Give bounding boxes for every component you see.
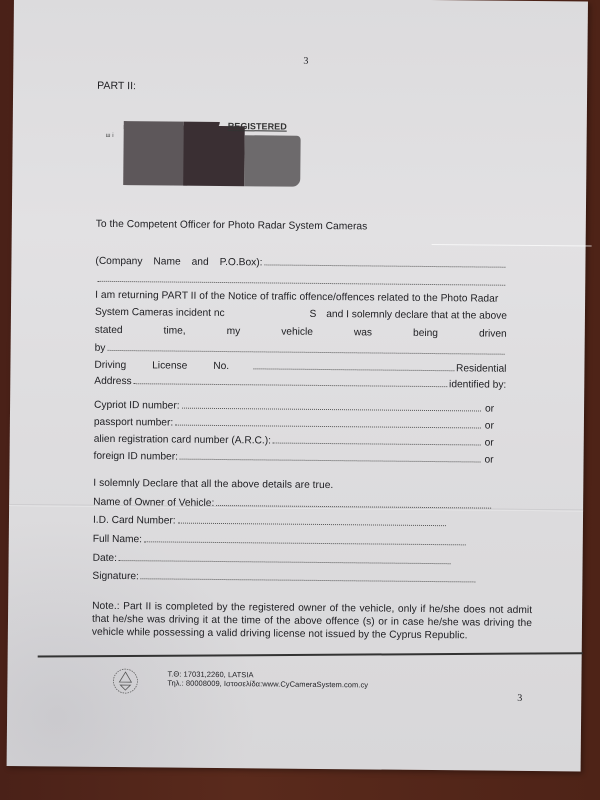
owner-name-blank[interactable] bbox=[216, 497, 491, 509]
document-page: 3 PART II: ш і REGISTERED To the Compete… bbox=[7, 0, 588, 771]
id-card-blank[interactable] bbox=[178, 515, 446, 527]
owner-name-field[interactable]: Name of Owner of Vehicle: bbox=[93, 496, 493, 512]
passport-blank[interactable] bbox=[175, 417, 481, 429]
addressee-line: To the Competent Officer for Photo Radar… bbox=[96, 219, 368, 233]
redacted-block bbox=[123, 125, 188, 186]
declaration-line-1: I am returning PART II of the Notice of … bbox=[95, 290, 498, 305]
registered-label: REGISTERED bbox=[228, 121, 287, 132]
address-blank[interactable] bbox=[134, 375, 447, 387]
page-number-bottom: 3 bbox=[517, 693, 522, 704]
company-field-line2[interactable] bbox=[95, 273, 507, 286]
arc-field[interactable]: alien registration card number (A.R.C.):… bbox=[94, 433, 494, 449]
redacted-incident-number bbox=[225, 316, 310, 317]
company-label: (Company Name and P.O.Box): bbox=[95, 256, 262, 269]
foreign-id-field[interactable]: foreign ID number: or bbox=[94, 450, 494, 466]
note-paragraph: Note.: Part II is completed by the regis… bbox=[92, 600, 532, 643]
driven-by-blank[interactable] bbox=[107, 342, 504, 355]
passport-field[interactable]: passport number: or bbox=[94, 416, 494, 432]
part-title: PART II: bbox=[97, 80, 136, 92]
driven-by-field[interactable]: by bbox=[95, 342, 507, 358]
address-field[interactable]: Address identified by: bbox=[94, 375, 506, 391]
owner-statement: I solemnly Declare that all the above de… bbox=[93, 478, 333, 491]
cypriot-id-field[interactable]: Cypriot ID number: or bbox=[94, 399, 494, 415]
driving-license-field[interactable]: Driving License No. Residential bbox=[94, 359, 506, 375]
footer-contact: Τηλ.: 80008009, Ιστοσελίδα:www.CyCameraS… bbox=[167, 679, 368, 690]
foreign-id-blank[interactable] bbox=[180, 451, 481, 463]
declaration-line-3: stated time, my vehicle was being driven bbox=[95, 325, 507, 340]
signature-blank[interactable] bbox=[141, 570, 476, 582]
company-blank-2[interactable] bbox=[97, 273, 505, 286]
arc-blank[interactable] bbox=[273, 435, 481, 446]
company-field[interactable]: (Company Name and P.O.Box): bbox=[95, 255, 507, 271]
cypriot-id-blank[interactable] bbox=[182, 400, 482, 412]
redacted-block bbox=[244, 135, 300, 187]
license-blank[interactable] bbox=[253, 360, 454, 371]
barcode-mark: ш і bbox=[106, 133, 114, 139]
fold-crease-top bbox=[432, 244, 592, 247]
company-blank[interactable] bbox=[264, 256, 505, 267]
date-blank[interactable] bbox=[119, 552, 451, 564]
redacted-block bbox=[183, 126, 245, 187]
recycle-icon bbox=[111, 667, 139, 695]
full-name-blank[interactable] bbox=[144, 533, 466, 545]
page-number-top: 3 bbox=[303, 56, 308, 67]
declaration-line-2: System Cameras incident nc S and I solem… bbox=[95, 307, 507, 322]
